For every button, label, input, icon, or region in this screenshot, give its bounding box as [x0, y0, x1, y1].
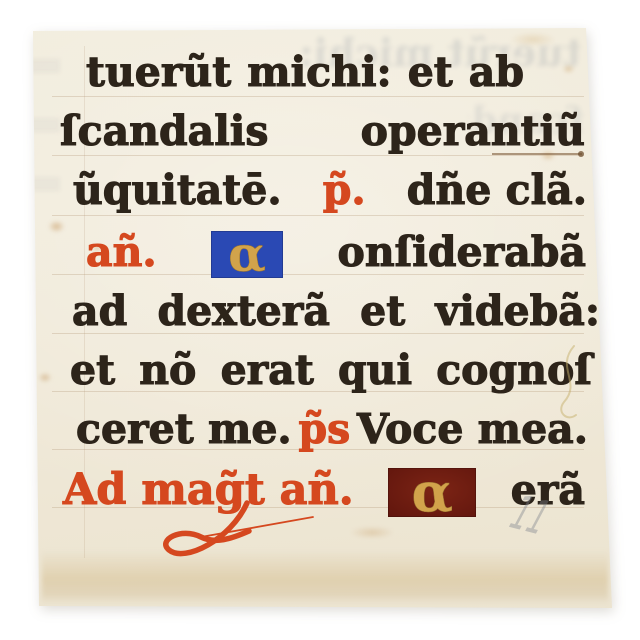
line-filler-tip	[578, 151, 584, 157]
rubric-segment: p̃.	[323, 164, 366, 216]
gold-initial-letter: α	[228, 230, 266, 279]
text-segment: onſiderabã	[337, 226, 586, 278]
text-segment: ũquitatē.	[73, 164, 282, 216]
text-line-5: ad dexterã et videbã:	[72, 285, 600, 337]
bottom-stain-band	[42, 550, 608, 604]
pen-trial-squiggle	[550, 342, 592, 428]
text-line-1: tuerũt michi: et ab	[86, 46, 524, 98]
gold-initial-letter: α	[411, 465, 453, 519]
text-segment: ceret me.	[76, 403, 292, 455]
text-segment: dñe clã.	[407, 164, 587, 216]
verso-showthrough	[0, 0, 60, 205]
text-line-3: ũquitatē. p̃. dñe clã.	[73, 164, 587, 216]
illuminated-initial-blue: α	[211, 231, 283, 278]
text-line-6: et nõ erat qui cognoſ	[70, 344, 592, 396]
text-line-7: ceret me. p̃s Voce mea.	[76, 403, 588, 455]
text-line-2: ſcandalis operantiũ	[60, 105, 585, 157]
foxing-spot	[48, 220, 65, 233]
line-filler-stroke	[492, 153, 582, 155]
rubric-flourish	[133, 497, 323, 582]
foxing-spot	[350, 526, 394, 539]
illuminated-initial-maroon: α	[388, 468, 476, 517]
text-line-4: añ. α onſiderabã	[86, 226, 586, 278]
foxing-spot	[38, 372, 52, 383]
antiphon-abbreviation: añ.	[86, 226, 157, 278]
parchment-leaf: tuerũt michi: et ab ſcandalis operantiũ …	[0, 0, 640, 640]
manuscript-leaf-photo: tuerũt michi: et ab ſcandalis operantiũ …	[0, 0, 640, 640]
foxing-spot	[562, 64, 575, 74]
foxing-spot	[510, 32, 556, 47]
psalm-abbreviation: p̃s	[298, 403, 350, 455]
